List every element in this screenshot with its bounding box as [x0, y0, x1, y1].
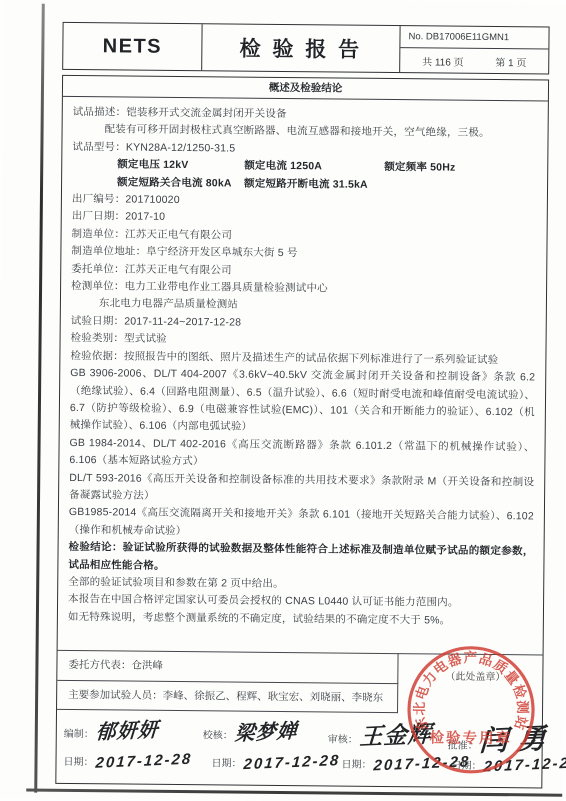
report-sheet: NETS 检 验 报 告 No. DB17006E11GMN1 共 116 页 …: [0, 0, 566, 801]
checked-by-signature: 校核：梁梦婵: [203, 715, 298, 745]
rated-making-current: 额定短路关合电流 80kA: [117, 174, 244, 193]
nets-logo: NETS: [63, 23, 202, 70]
date-label: 日期：: [63, 757, 93, 768]
standard-4: GB1985-2014《高压交流隔离开关和接地开关》条款 6.101（接地开关短…: [69, 504, 534, 543]
checked-date-value: 2017-12-28: [243, 752, 341, 773]
page-current: 第 1 页: [495, 54, 526, 69]
checked-by-name: 梁梦婵: [234, 714, 299, 746]
rated-voltage: 额定电压 12kV: [117, 157, 244, 176]
report-content: 试品描述：铠装移开式交流金属封闭开关设备 配装有可移开固封极柱式真空断路器、电流…: [58, 97, 548, 631]
reviewed-by-label: 审核：: [328, 734, 358, 745]
conclusion: 检验结论：验证试验所获得的试验数据及整体性能符合上述标准及制造单位赋予试品的额定…: [68, 539, 533, 578]
scan-edge-shadow-bottom: [26, 789, 562, 797]
client-representative-row: 委托方代表：仓洪峰: [57, 650, 398, 684]
checked-by-label: 校核：: [203, 730, 233, 741]
rated-breaking-current: 额定短路开断电流 31.5kA: [244, 177, 368, 190]
prepared-by-name: 郁妍妍: [95, 713, 160, 745]
prepared-by-label: 编制：: [64, 729, 94, 740]
report-pagination: 共 116 页 第 1 页: [400, 49, 548, 74]
prepared-by-signature: 编制：郁妍妍: [64, 714, 159, 744]
rated-frequency: 额定频率 50Hz: [384, 161, 455, 174]
report-title: 检 验 报 告: [202, 24, 400, 72]
standard-1: GB 3906-2006、DL/T 404-2007《3.6kV~40.5kV …: [70, 365, 536, 439]
date-label: 日期：: [211, 758, 241, 769]
prepared-date-value: 2017-12-28: [95, 751, 193, 772]
svg-text:东北电力电器产品质量检测站: 东北电力电器产品质量检测站: [411, 648, 532, 734]
note-3: 如无特殊说明，考虑整个测量系统的不确定度，试验结果的不确定度不大于 5%。: [68, 609, 533, 631]
seal-inner-text: 检验专用章: [429, 728, 512, 747]
seal-ring-text: 东北电力电器产品质量检测站: [411, 648, 532, 734]
prepared-date: 日期：2017-12-28: [63, 752, 192, 771]
standard-2: GB 1984-2014、DL/T 402-2016《高压交流断路器》条款 6.…: [69, 435, 534, 474]
report-number: No. DB17006E11GMN1: [400, 26, 548, 50]
report-meta: No. DB17006E11GMN1 共 116 页 第 1 页: [400, 26, 548, 73]
participants-row: 主要参加试验人员：李峰、徐振乙、程辉、耿宝宏、刘晓丽、李晓东: [57, 681, 398, 713]
pages-total: 共 116 页: [422, 53, 464, 68]
date-label: 日期：: [341, 760, 371, 771]
inspection-seal-stamp: 东北电力电器产品质量检测站 检验专用章: [396, 635, 545, 784]
report-header: NETS 检 验 报 告 No. DB17006E11GMN1 共 116 页 …: [62, 22, 549, 75]
checked-date: 日期：2017-12-28: [211, 753, 340, 772]
rated-current: 额定电流 1250A: [244, 158, 384, 177]
standard-3: DL/T 593-2016《高压开关设备和控制设备标准的共用技术要求》条款附录 …: [69, 469, 534, 508]
scanned-report-image: NETS 检 验 报 告 No. DB17006E11GMN1 共 116 页 …: [0, 0, 566, 801]
scan-edge-shadow-left: [34, 4, 45, 793]
